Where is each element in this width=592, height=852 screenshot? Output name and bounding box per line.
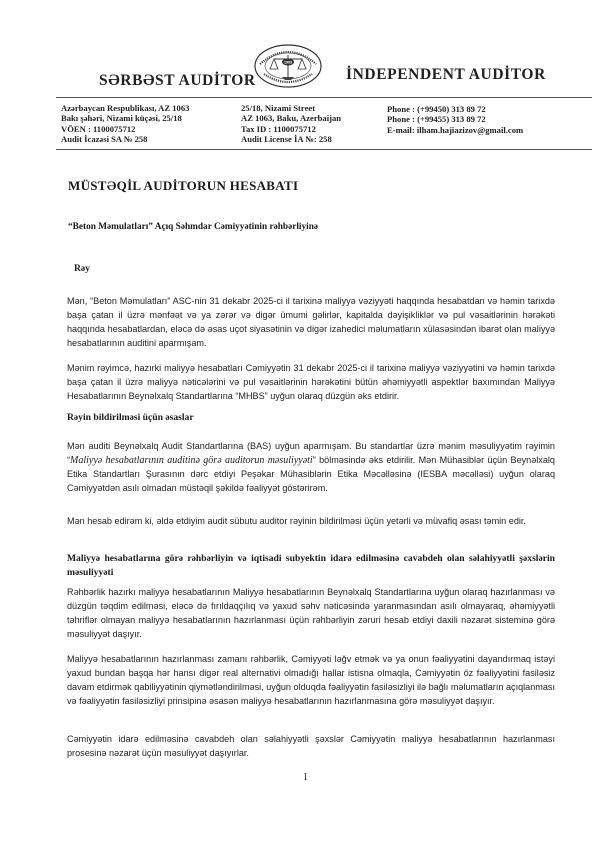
section-heading-basis: Rəyin bildirilməsi üçün əsaslar — [67, 412, 194, 423]
paragraph-opinion-scope: Mən, “Beton Məmulatları” ASC-nin 31 deka… — [67, 295, 555, 351]
address-en: 25/18, Nizami Street AZ 1063, Baku, Azer… — [241, 103, 341, 144]
section-heading-responsibility: Maliyyə hesabatlarına görə rəhbərliyin v… — [67, 552, 555, 580]
tax-id-az: VÖEN : 1100075712 — [61, 124, 189, 134]
letterhead-title-en: İNDEPENDENT AUDİTOR — [346, 66, 546, 84]
letterhead-divider-bottom — [56, 149, 592, 150]
section-heading-opinion: Rəy — [74, 263, 90, 274]
audit-license-en: Audit License İA №: 258 — [241, 134, 341, 144]
phone-2: Phone : (+99455) 313 89 72 — [387, 114, 523, 124]
address-en-line: AZ 1063, Baku, Azerbaijan — [241, 113, 341, 123]
paragraph-management-responsibility: Rəhbərlik hazırkı maliyyə hesabatlarının… — [67, 586, 555, 642]
address-en-line: 25/18, Nizami Street — [241, 103, 341, 113]
contact-info: Phone : (+99450) 313 89 72 Phone : (+994… — [387, 104, 523, 135]
letterhead-title-az: SƏRBƏST AUDİTOR — [99, 72, 256, 90]
tax-id-en: Tax ID : 1100075712 — [241, 124, 341, 134]
page-number: 1 — [303, 772, 308, 783]
address-az: Azərbaycan Respublikası, AZ 1063 Bakı şə… — [61, 103, 189, 144]
letterhead-divider-top — [56, 97, 592, 98]
paragraph-opinion: Mənim rəyimcə, hazırki maliyyə hesabatla… — [67, 362, 555, 404]
chamber-of-auditors-seal-icon: 1993 — [252, 42, 324, 90]
svg-text:1993: 1993 — [284, 61, 292, 65]
address-az-line: Azərbaycan Respublikası, AZ 1063 — [61, 103, 189, 113]
paragraph-basis-evidence: Mən hesab edirəm ki, əldə etdiyim audit … — [67, 515, 555, 529]
paragraph-going-concern: Maliyyə hesabatlarının hazırlanması zama… — [67, 653, 555, 709]
report-title: MÜSTƏQİL AUDİTORUN HESABATI — [68, 178, 298, 194]
audit-license-az: Audit İcazəsi SA № 258 — [61, 134, 189, 144]
paragraph-governance-oversight: Cəmiyyətin idarə edilməsinə cavabdeh ola… — [67, 733, 555, 761]
address-az-line: Bakı şəhəri, Nizami küçəsi, 25/18 — [61, 113, 189, 123]
paragraph-basis-standards: Mən auditi Beynəlxalq Audit Standartları… — [67, 440, 555, 496]
phone-1: Phone : (+99450) 313 89 72 — [387, 104, 523, 114]
report-addressee: “Beton Məmulatları” Açıq Səhmdar Cəmiyyə… — [68, 222, 318, 232]
email: E-mail: ilham.hajiazizov@gmail.com — [387, 125, 523, 135]
paragraph-italic-reference: Maliyyə hesabatlarının auditinə görə aud… — [70, 455, 313, 466]
